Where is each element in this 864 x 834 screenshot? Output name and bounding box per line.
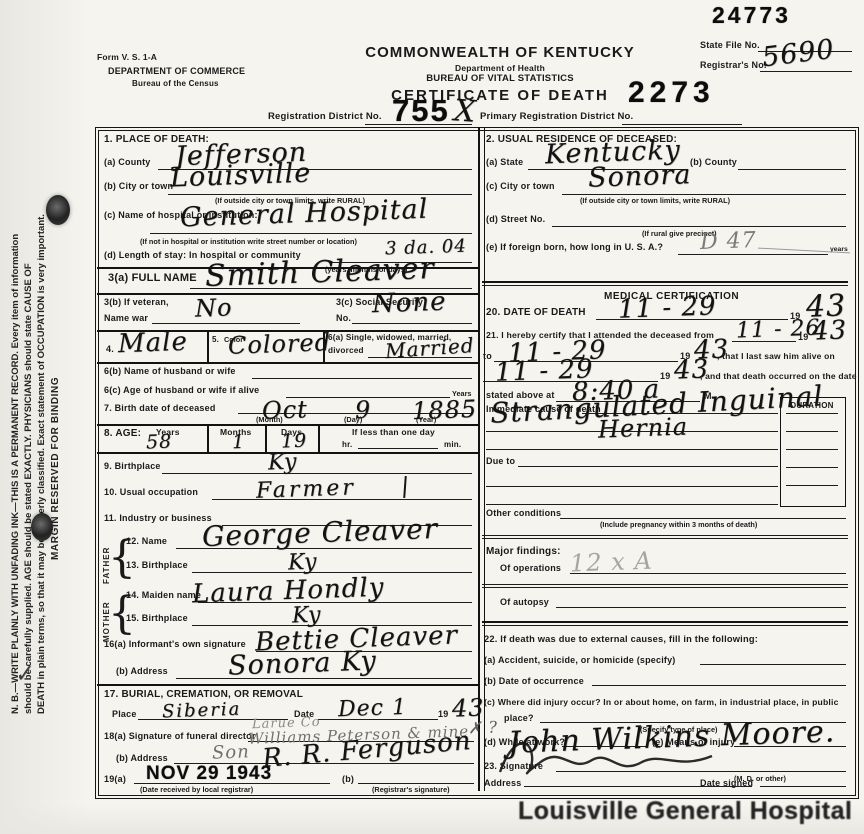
ssn-no-label: No. <box>336 313 351 323</box>
sec2-county-label: (b) County <box>690 157 737 167</box>
section-divider <box>482 538 848 539</box>
of-operations-label: Of operations <box>500 563 561 573</box>
burial-title: 17. BURIAL, CREMATION, OR REMOVAL <box>104 689 303 700</box>
alive-year-print: 19 <box>660 371 670 381</box>
mother-maiden-label: 14. Maiden name <box>126 590 201 600</box>
marital-divorced-label: divorced <box>328 346 364 355</box>
ssn-value: None <box>371 287 447 320</box>
accident-label: (a) Accident, suicide, or homicide (spec… <box>484 655 676 665</box>
birthplace-value: Ky <box>268 449 298 475</box>
attended-to-label: to <box>483 351 492 361</box>
district-x-mark: X <box>453 93 478 129</box>
cause-of-death-value2: Hernia <box>598 412 689 443</box>
burial-place-value: Siberia <box>162 699 242 723</box>
rule <box>622 124 742 125</box>
sec2-state-label: (a) State <box>486 157 523 167</box>
sec2-city-value: Sonora <box>587 159 691 194</box>
occurrence-date-label: (b) Date of occurrence <box>484 676 584 686</box>
registration-district-label: Registration District No. <box>268 111 382 122</box>
color-value: Colored <box>228 328 332 360</box>
bureau-of-vital-statistics: BUREAU OF VITAL STATISTICS <box>355 73 645 84</box>
section-divider <box>482 285 848 286</box>
informant-address-label: (b) Address <box>116 666 168 676</box>
date-of-death-label: 20. DATE OF DEATH <box>486 307 586 318</box>
rule <box>786 449 838 450</box>
sec2-city-caption: (If outside city or town limits, write R… <box>580 196 730 205</box>
death-certificate-page: N. B.—WRITE PLAINLY WITH UNFADING INK—TH… <box>0 0 864 834</box>
section-divider <box>482 281 848 283</box>
birth-date-label: 7. Birth date of deceased <box>104 403 216 413</box>
age-years-value: 58 <box>146 431 173 454</box>
rule <box>556 607 846 608</box>
rule <box>786 431 838 432</box>
hospital-stamp: Louisville General Hospital <box>518 797 852 826</box>
rule <box>518 466 778 467</box>
rule <box>556 771 846 772</box>
punch-hole-bottom <box>31 513 53 541</box>
section-divider <box>482 584 848 585</box>
sec2-city-label: (c) City or town <box>486 181 555 191</box>
color-number: 5. <box>212 335 219 344</box>
spouse-age-label: 6(c) Age of husband or wife if alive <box>104 385 259 395</box>
spouse-name-label: 6(b) Name of husband or wife <box>104 366 236 376</box>
rule <box>150 233 472 234</box>
rule <box>486 504 778 505</box>
margin-check-mark: ✓ <box>12 661 35 689</box>
date-signed-label: Date signed <box>700 778 753 788</box>
mother-birthplace-label: 15. Birthplace <box>126 613 188 623</box>
received-date-stamp: NOV 29 1943 <box>146 763 272 785</box>
margin-note-line3: DEATH in plain terms, so that it may be … <box>36 214 47 714</box>
registrar-sig-caption: (Registrar's signature) <box>372 785 450 794</box>
bureau-of-census: Bureau of the Census <box>132 79 219 88</box>
day-caption: (Day) <box>344 415 362 424</box>
occupation-value: Farmer <box>256 475 357 503</box>
of-autopsy-label: Of autopsy <box>500 597 549 607</box>
occupation-label: 10. Usual occupation <box>104 487 198 497</box>
rule <box>786 413 838 414</box>
section-divider <box>97 424 478 426</box>
state-file-no-label: State File No. <box>700 40 760 50</box>
serial-number-stamp: 24773 <box>712 2 791 29</box>
sec1-hospital-caption: (If not in hospital or institution write… <box>140 237 357 246</box>
department-of-commerce: DEPARTMENT OF COMMERCE <box>108 66 245 76</box>
column-divider <box>478 127 485 791</box>
age-label: 8. AGE: <box>104 428 141 439</box>
section-divider <box>482 587 848 588</box>
rule <box>152 323 300 324</box>
rule <box>252 378 472 379</box>
cell-divider <box>265 424 267 452</box>
cell-divider <box>207 424 209 452</box>
primary-district-label: Primary Registration District No. <box>480 111 633 122</box>
of-operations-value: 12 x A <box>570 547 654 578</box>
rule <box>786 485 838 486</box>
rule <box>486 486 778 487</box>
funeral-director-label: 18(a) Signature of funeral director <box>104 731 256 741</box>
section-divider <box>482 621 848 623</box>
age-months-value: 1 <box>232 431 246 453</box>
age-min-label: min. <box>444 440 461 449</box>
margin-note-line1: N. B.—WRITE PLAINLY WITH UNFADING INK—TH… <box>10 234 21 714</box>
section-divider <box>482 625 848 626</box>
margin-note-line2: should be carefully supplied. AGE should… <box>23 263 34 714</box>
injury-where-label: (c) Where did injury occur? In or about … <box>484 697 839 707</box>
physician-address-label: Address <box>484 778 521 788</box>
veteran-war-label: Name war <box>104 313 148 323</box>
cell-divider <box>318 424 320 452</box>
department-of-health: Department of Health <box>355 63 645 73</box>
birthplace-label: 9. Birthplace <box>104 461 161 471</box>
rule <box>352 323 472 324</box>
registrar-no-label: Registrar's No. <box>700 60 767 70</box>
industry-label: 11. Industry or business <box>104 513 212 523</box>
certify-line2: , that I last saw him alive on <box>717 351 835 361</box>
sec1-city-label: (b) City or town <box>104 181 173 191</box>
sex-number: 4. <box>106 344 114 354</box>
registrar-sig-b-label: (b) <box>342 774 354 784</box>
signature-label: 23. Signature <box>484 761 543 771</box>
funeral-address-pencil: Son <box>212 741 250 763</box>
other-conditions-caption: (Include pregnancy within 3 months of de… <box>600 520 757 529</box>
rule <box>760 786 846 787</box>
section-divider <box>97 684 478 686</box>
sec2-foreign-label: (e) If foreign born, how long in U. S. A… <box>486 242 663 252</box>
registration-district-value: 755 <box>392 93 450 129</box>
informant-address-value: Sonora Ky <box>228 645 378 681</box>
burial-place-label: Place <box>112 709 137 719</box>
funeral-address-label: (b) Address <box>116 753 168 763</box>
father-birthplace-value: Ky <box>288 549 318 575</box>
year-caption: (Year) <box>416 415 436 424</box>
full-name-label: 3(a) FULL NAME <box>108 272 197 284</box>
major-findings-label: Major findings: <box>486 546 561 557</box>
age-hr-label: hr. <box>342 440 352 449</box>
burial-year-print: 19 <box>438 709 448 719</box>
duration-label: DURATION <box>780 401 844 410</box>
certify-line3: , and that death occurred on the date <box>700 371 857 381</box>
other-conditions-label: Other conditions <box>486 508 561 518</box>
father-name-label: 12. Name <box>126 536 167 546</box>
father-birthplace-label: 13. Birthplace <box>126 560 188 570</box>
form-number: Form V. S. 1-A <box>97 52 157 62</box>
rule <box>486 449 778 450</box>
rule <box>786 467 838 468</box>
rule <box>592 685 846 686</box>
commonwealth-heading: COMMONWEALTH OF KENTUCKY <box>355 44 645 61</box>
received-caption: (Date received by local registrar) <box>140 785 253 794</box>
sex-value: Male <box>117 327 188 359</box>
cell-divider <box>207 330 209 362</box>
sec1-city-value: Louisville <box>170 158 312 194</box>
rule <box>738 169 846 170</box>
certificate-number-stamp: 2273 <box>628 76 715 110</box>
rule <box>700 664 846 665</box>
rule <box>192 572 472 573</box>
sec1-county-label: (a) County <box>104 157 151 167</box>
sec2-street-label: (d) Street No. <box>486 214 545 224</box>
received-label: 19(a) <box>104 774 126 784</box>
from-year-print: 19 <box>798 332 808 342</box>
section-divider <box>482 535 848 536</box>
section-divider <box>97 362 478 364</box>
punch-hole-top <box>46 195 70 225</box>
due-to-label: Due to <box>486 456 515 466</box>
registrar-no-value: 5690 <box>760 34 836 74</box>
month-caption: (Month) <box>256 415 283 424</box>
veteran-value: No <box>195 293 233 322</box>
rule <box>552 226 846 227</box>
informant-label: 16(a) Informant's own signature <box>104 639 246 649</box>
burial-date-value: Dec 1 <box>338 695 408 722</box>
date-of-death-value: 11 - 29 <box>618 291 717 324</box>
age-less-label: If less than one day <box>352 427 435 437</box>
veteran-label: 3(b) If veteran, <box>104 297 169 307</box>
rule <box>358 448 438 449</box>
sec2-foreign-value: D 47 <box>700 228 757 255</box>
injury-place-label: place? <box>504 713 534 723</box>
rule <box>162 473 472 474</box>
external-causes-title: 22. If death was due to external causes,… <box>484 634 758 644</box>
from-year-value: 43 <box>811 315 847 346</box>
